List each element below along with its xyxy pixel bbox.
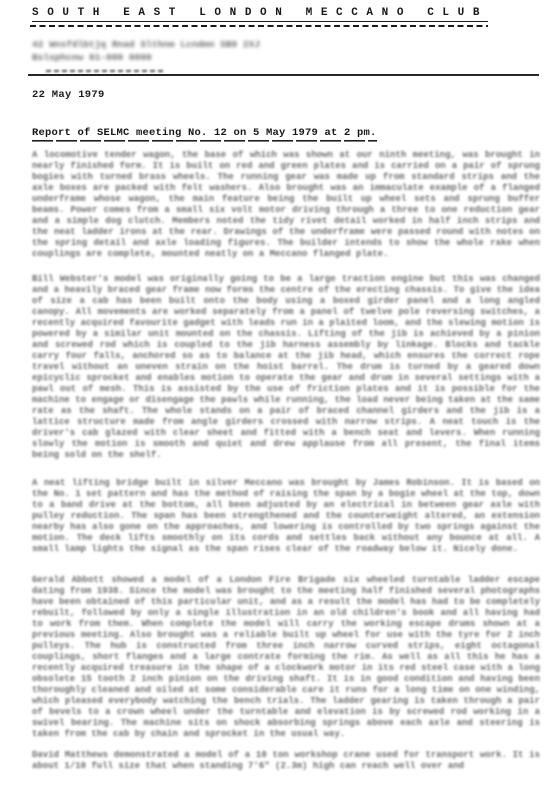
- paragraph-3-illegible: A neat lifting bridge built in silver Me…: [32, 478, 540, 555]
- report-title: Report of SELMC meeting No. 12 on 5 May …: [32, 127, 377, 142]
- rule-smudge: [46, 70, 166, 72]
- club-name-heading: SOUTH EAST LONDON MECCANO CLUB: [32, 7, 488, 22]
- paragraph-5-illegible-cutoff: David Matthews demonstrated a model of a…: [32, 750, 540, 772]
- address-line-2: Bslsphcnw 01-000 0000: [32, 52, 260, 65]
- club-name-underline-dashes: [30, 25, 488, 27]
- paragraph-2-illegible: Bill Webster's model was originally goin…: [32, 274, 540, 461]
- date-line: 22 May 1979: [32, 89, 105, 101]
- address-block: 42 Wnsfdlbtjq Rnad Slthnm Lcndmn SB9 2XJ…: [32, 39, 260, 64]
- divider-rule: [28, 74, 539, 76]
- report-title-row: Report of SELMC meeting No. 12 on 5 May …: [32, 122, 377, 142]
- scanned-letter-page: SOUTH EAST LONDON MECCANO CLUB 42 Wnsfdl…: [0, 0, 560, 792]
- address-line-1: 42 Wnsfdlbtjq Rnad Slthnm Lcndmn SB9 2XJ: [32, 39, 260, 52]
- paragraph-1-illegible: A locomotive tender wagon, the base of w…: [32, 150, 540, 260]
- paragraph-4-illegible: Gerald Abbott showed a model of a London…: [32, 575, 540, 740]
